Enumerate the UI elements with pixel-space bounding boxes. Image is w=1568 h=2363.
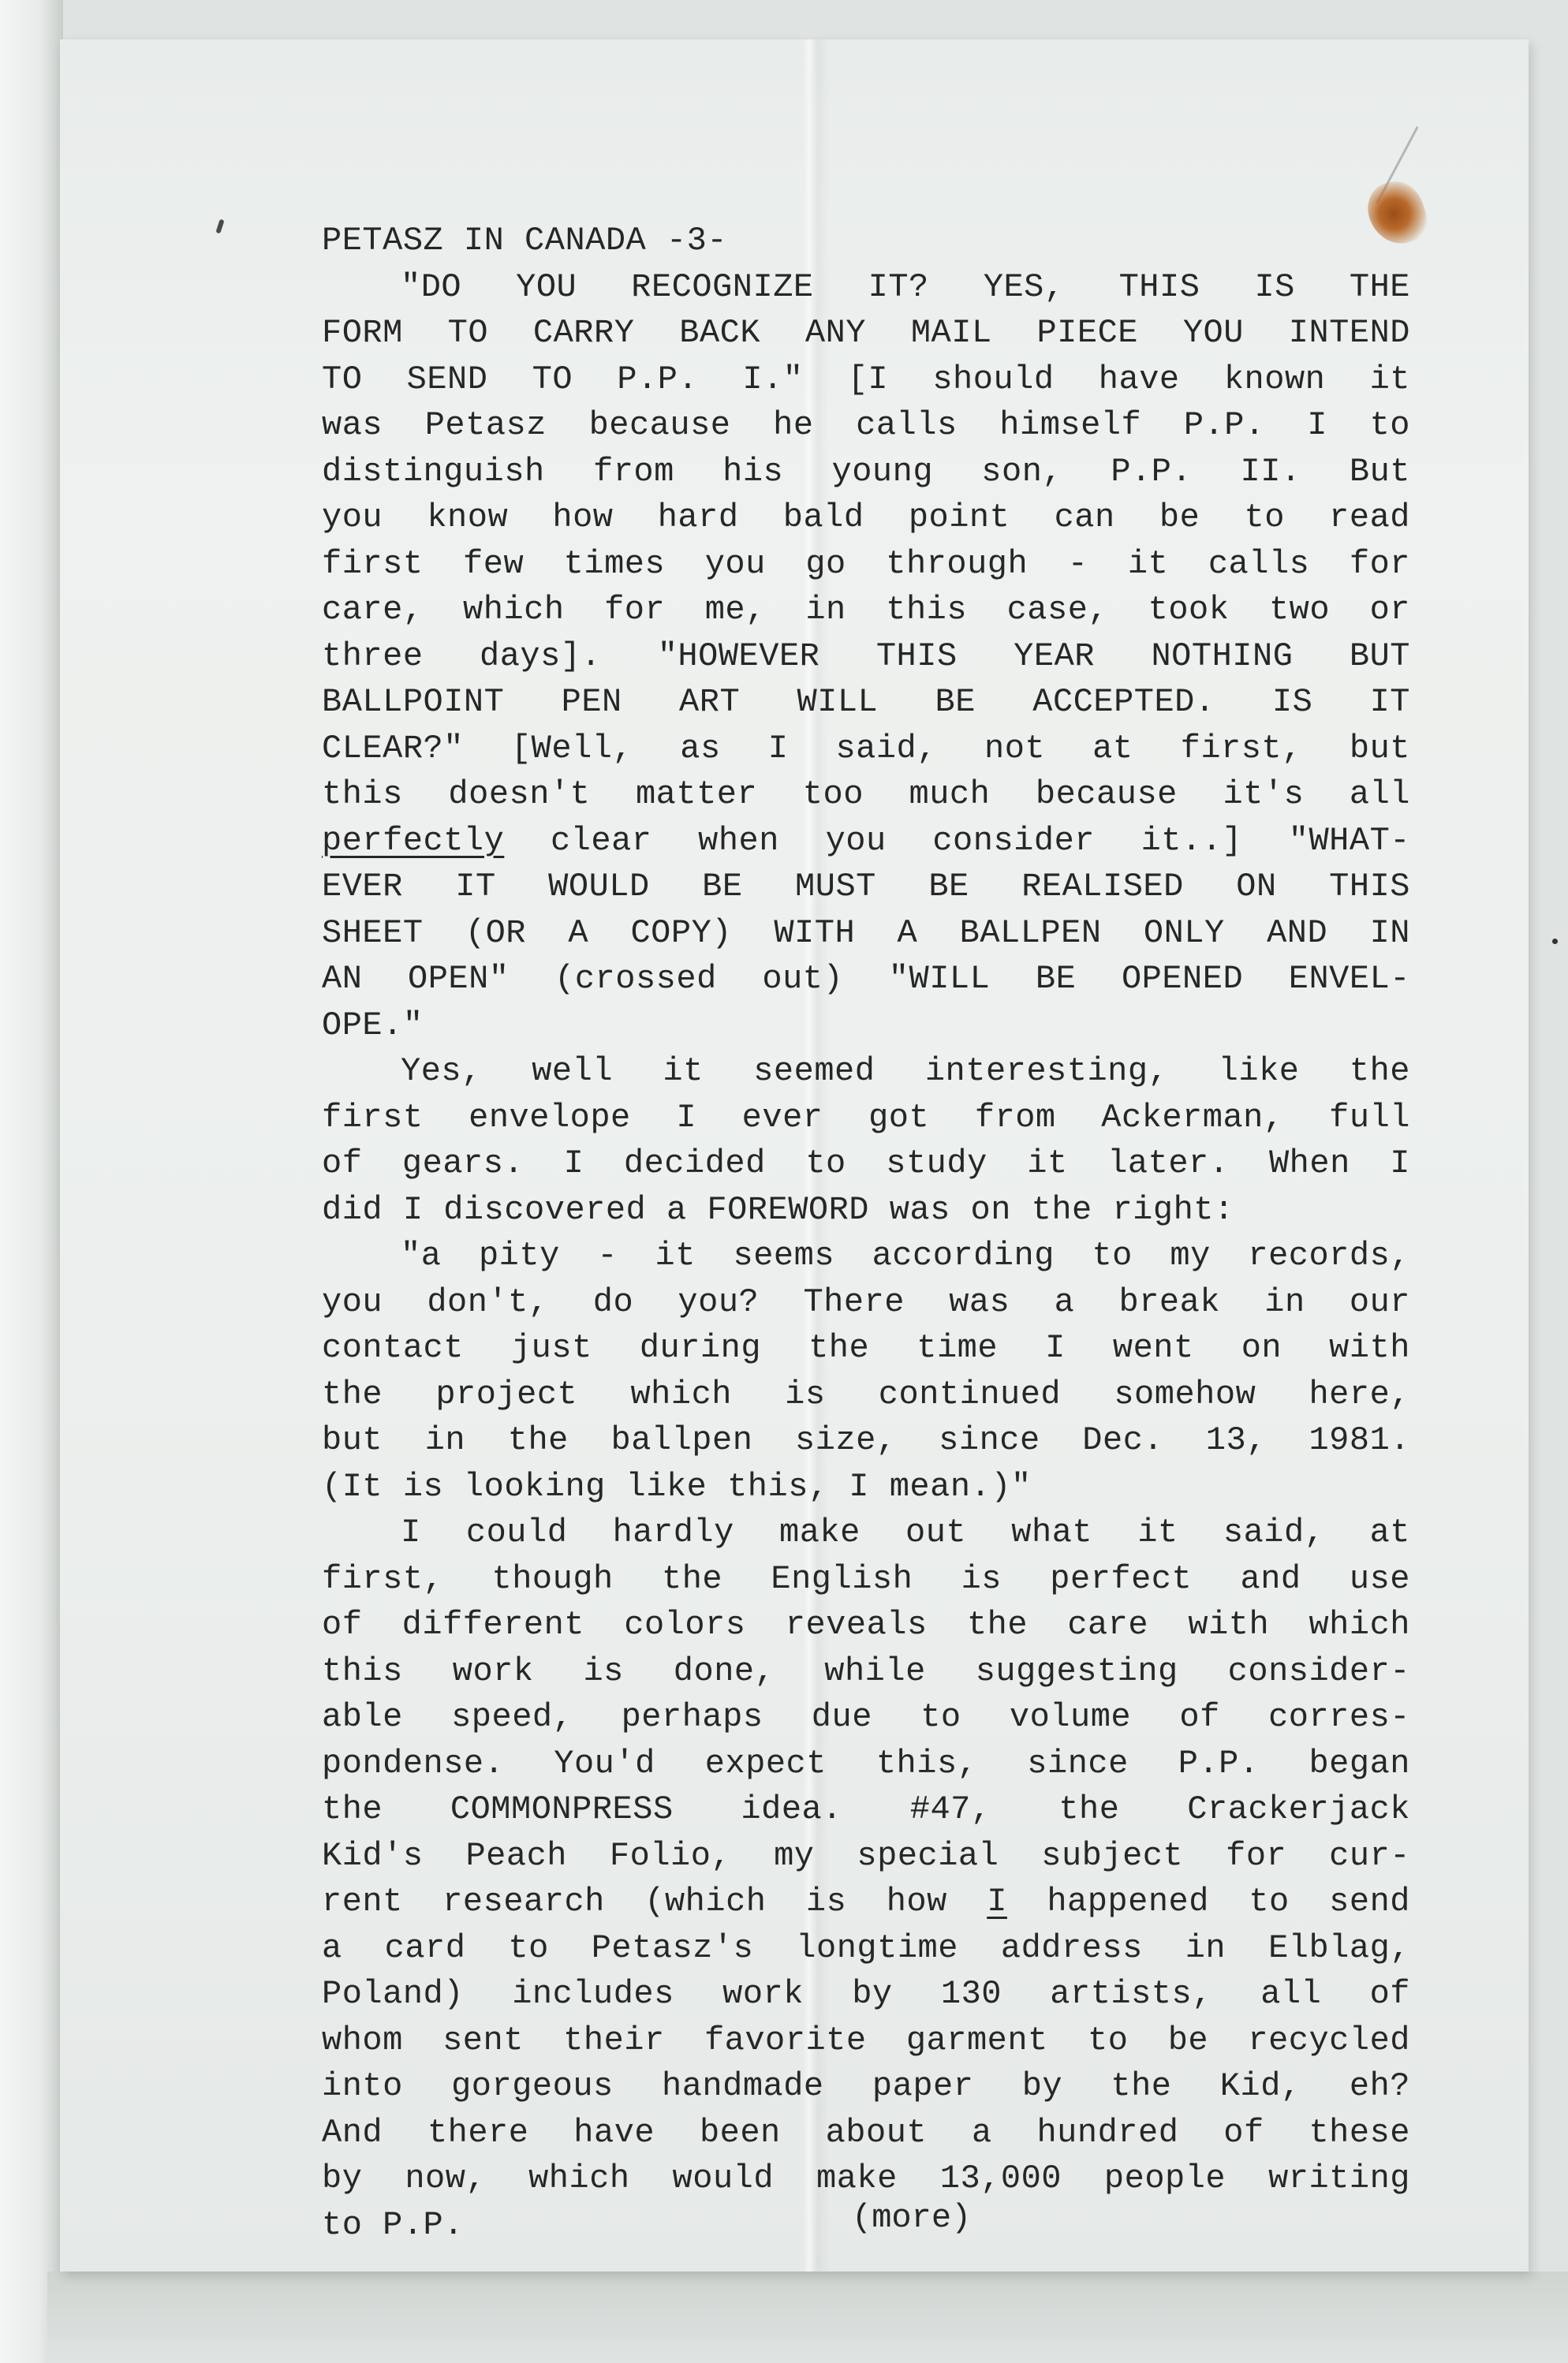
- continuation-note: (more): [852, 2199, 971, 2237]
- line-text: Poland) includes work by 130 artists, al…: [322, 1975, 1410, 2013]
- line-text: three days]. "HOWEVER THIS YEAR NOTHING …: [322, 637, 1410, 675]
- text-line: "a pity - it seems according to my recor…: [322, 1233, 1410, 1279]
- ink-speck: [215, 219, 224, 234]
- text-line: able speed, perhaps due to volume of cor…: [322, 1694, 1410, 1741]
- line-text: of different colors reveals the care wit…: [322, 1606, 1410, 1644]
- line-text: TO SEND TO P.P. I." [I should have known…: [322, 360, 1410, 398]
- line-text: Yes, well it seemed interesting, like th…: [401, 1052, 1410, 1090]
- line-text: the COMMONPRESS idea. #47, the Crackerja…: [322, 1790, 1410, 1828]
- line-text: of gears. I decided to study it later. W…: [322, 1144, 1410, 1182]
- text-line: a card to Petasz's longtime address in E…: [322, 1925, 1410, 1972]
- text-line: first envelope I ever got from Ackerman,…: [322, 1095, 1410, 1141]
- line-text: able speed, perhaps due to volume of cor…: [322, 1698, 1410, 1736]
- line-text: did I discovered a FOREWORD was on the r…: [322, 1191, 1234, 1229]
- line-text: distinguish from his young son, P.P. II.…: [322, 453, 1410, 491]
- text-line: Kid's Peach Folio, my special subject fo…: [322, 1833, 1410, 1880]
- text-line: first few times you go through - it call…: [322, 541, 1410, 588]
- text-line: you know how hard bald point can be to r…: [322, 495, 1410, 541]
- page-header: PETASZ IN CANADA -3-: [322, 218, 1410, 264]
- text-line: OPE.": [322, 1002, 1410, 1049]
- text-line: contact just during the time I went on w…: [322, 1325, 1410, 1372]
- text-line: pondense. You'd expect this, since P.P. …: [322, 1741, 1410, 1787]
- text-line: by now, which would make 13,000 people w…: [322, 2156, 1410, 2202]
- underlined-word: perfectly: [322, 822, 504, 860]
- line-text: a card to Petasz's longtime address in E…: [322, 1929, 1410, 1967]
- line-text: (It is looking like this, I mean.)": [322, 1468, 1032, 1506]
- text-line: three days]. "HOWEVER THIS YEAR NOTHING …: [322, 633, 1410, 680]
- line-text: the project which is continued somehow h…: [322, 1376, 1410, 1413]
- line-text: by now, which would make 13,000 people w…: [322, 2160, 1410, 2197]
- text-line: FORM TO CARRY BACK ANY MAIL PIECE YOU IN…: [322, 310, 1410, 357]
- line-text: "a pity - it seems according to my recor…: [401, 1237, 1410, 1275]
- text-line: SHEET (OR A COPY) WITH A BALLPEN ONLY AN…: [322, 910, 1410, 957]
- line-text: "DO YOU RECOGNIZE IT? YES, THIS IS THE: [401, 268, 1410, 306]
- text-line: AN OPEN" (crossed out) "WILL BE OPENED E…: [322, 956, 1410, 1002]
- underlying-sheet-edge: [0, 0, 63, 2363]
- line-text: CLEAR?" [Well, as I said, not at first, …: [322, 730, 1410, 767]
- text-line: (It is looking like this, I mean.)": [322, 1464, 1410, 1510]
- text-line: the COMMONPRESS idea. #47, the Crackerja…: [322, 1786, 1410, 1833]
- line-text: rent research (which is how: [322, 1883, 987, 1921]
- text-line: was Petasz because he calls himself P.P.…: [322, 402, 1410, 449]
- text-line: rent research (which is how I happened t…: [322, 1879, 1410, 1925]
- text-line: care, which for me, in this case, took t…: [322, 587, 1410, 633]
- surface-shadow: [47, 2272, 1568, 2363]
- text-line: TO SEND TO P.P. I." [I should have known…: [322, 357, 1410, 403]
- line-text: you know how hard bald point can be to r…: [322, 498, 1410, 536]
- text-line: whom sent their favorite garment to be r…: [322, 2018, 1410, 2064]
- line-text: AN OPEN" (crossed out) "WILL BE OPENED E…: [322, 960, 1410, 998]
- text-line: Yes, well it seemed interesting, like th…: [322, 1048, 1410, 1095]
- text-line: of different colors reveals the care wit…: [322, 1602, 1410, 1648]
- line-text: this doesn't matter too much because it'…: [322, 775, 1410, 813]
- line-text: clear when you consider it..] "WHAT-: [504, 822, 1410, 860]
- text-line: but in the ballpen size, since Dec. 13, …: [322, 1417, 1410, 1464]
- line-text: BALLPOINT PEN ART WILL BE ACCEPTED. IS I…: [322, 683, 1410, 721]
- text-line: first, though the English is perfect and…: [322, 1556, 1410, 1603]
- text-line: into gorgeous handmade paper by the Kid,…: [322, 2063, 1410, 2110]
- text-line: of gears. I decided to study it later. W…: [322, 1140, 1410, 1187]
- line-text: FORM TO CARRY BACK ANY MAIL PIECE YOU IN…: [322, 314, 1410, 352]
- text-line: did I discovered a FOREWORD was on the r…: [322, 1187, 1410, 1234]
- typed-text-body: PETASZ IN CANADA -3- "DO YOU RECOGNIZE I…: [322, 218, 1410, 2248]
- text-line: EVER IT WOULD BE MUST BE REALISED ON THI…: [322, 864, 1410, 910]
- line-text: into gorgeous handmade paper by the Kid,…: [322, 2067, 1410, 2105]
- text-line: this work is done, while suggesting cons…: [322, 1648, 1410, 1695]
- line-text: but in the ballpen size, since Dec. 13, …: [322, 1421, 1410, 1459]
- line-text: contact just during the time I went on w…: [322, 1329, 1410, 1367]
- text-line: distinguish from his young son, P.P. II.…: [322, 449, 1410, 495]
- line-text: SHEET (OR A COPY) WITH A BALLPEN ONLY AN…: [322, 914, 1410, 952]
- text-line: And there have been about a hundred of t…: [322, 2110, 1410, 2156]
- line-text: first, though the English is perfect and…: [322, 1560, 1410, 1598]
- ink-dot: [1552, 939, 1558, 944]
- line-text: And there have been about a hundred of t…: [322, 2114, 1410, 2152]
- line-text: you don't, do you? There was a break in …: [322, 1283, 1410, 1321]
- text-line: CLEAR?" [Well, as I said, not at first, …: [322, 726, 1410, 772]
- line-text: first few times you go through - it call…: [322, 545, 1410, 583]
- line-text: was Petasz because he calls himself P.P.…: [322, 406, 1410, 444]
- line-text: to P.P.: [322, 2206, 464, 2244]
- line-text: EVER IT WOULD BE MUST BE REALISED ON THI…: [322, 868, 1410, 905]
- line-text: I could hardly make out what it said, at: [401, 1514, 1410, 1551]
- line-text: this work is done, while suggesting cons…: [322, 1652, 1410, 1690]
- line-text: Kid's Peach Folio, my special subject fo…: [322, 1837, 1410, 1875]
- underlined-word: I: [987, 1883, 1007, 1921]
- text-line: the project which is continued somehow h…: [322, 1372, 1410, 1418]
- line-text: pondense. You'd expect this, since P.P. …: [322, 1745, 1410, 1783]
- text-line: BALLPOINT PEN ART WILL BE ACCEPTED. IS I…: [322, 679, 1410, 726]
- line-text: whom sent their favorite garment to be r…: [322, 2021, 1410, 2059]
- line-text: care, which for me, in this case, took t…: [322, 591, 1410, 629]
- text-line: "DO YOU RECOGNIZE IT? YES, THIS IS THE: [322, 264, 1410, 311]
- text-line: you don't, do you? There was a break in …: [322, 1279, 1410, 1326]
- line-text: happened to send: [1007, 1883, 1410, 1921]
- line-text: OPE.": [322, 1006, 424, 1044]
- text-line: I could hardly make out what it said, at: [322, 1510, 1410, 1556]
- line-text: first envelope I ever got from Ackerman,…: [322, 1099, 1410, 1137]
- text-line: this doesn't matter too much because it'…: [322, 771, 1410, 818]
- text-line: perfectly clear when you consider it..] …: [322, 818, 1410, 864]
- text-line: Poland) includes work by 130 artists, al…: [322, 1971, 1410, 2018]
